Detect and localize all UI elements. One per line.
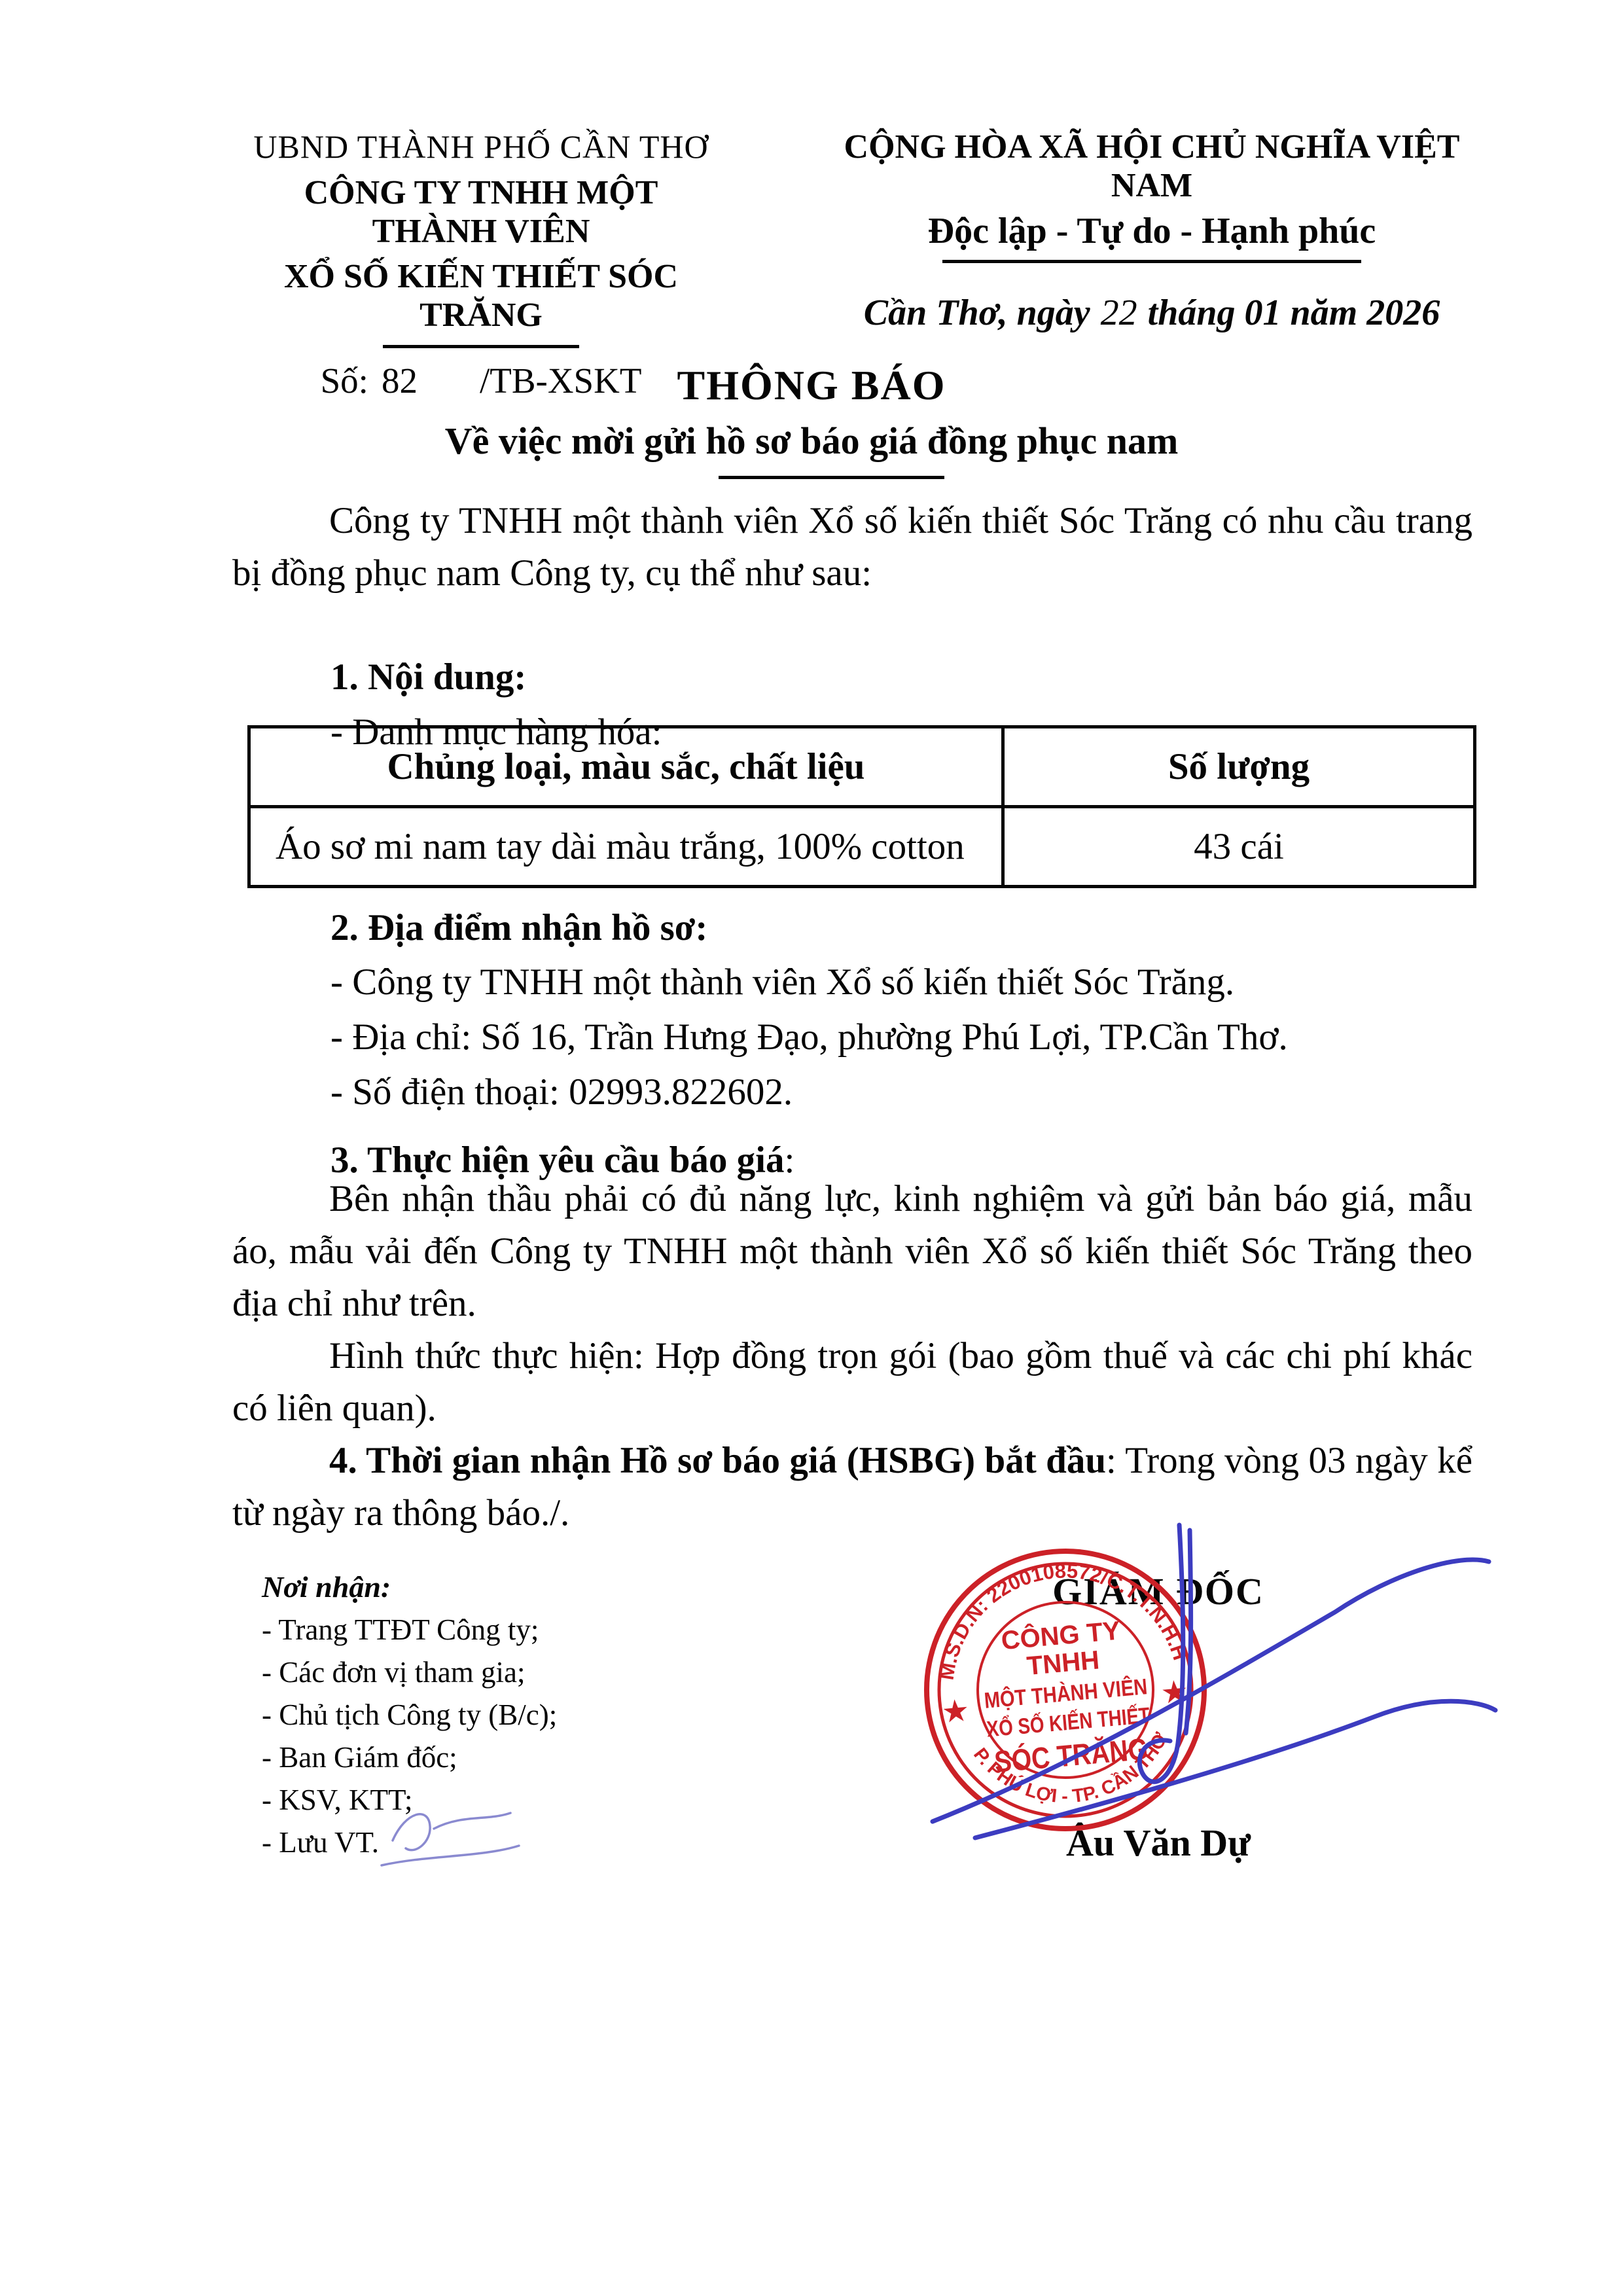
- signature-stroke: [933, 1560, 1489, 1821]
- parent-org: UBND THÀNH PHỐ CẦN THƠ: [242, 128, 720, 166]
- initial-stroke: [382, 1846, 519, 1865]
- table-cell-qty: 43 cái: [1003, 807, 1475, 887]
- national-title: CỘNG HÒA XÃ HỘI CHỦ NGHĨA VIỆT NAM: [802, 128, 1502, 205]
- date-prefix: Cần Thơ, ngày: [864, 293, 1090, 333]
- company-name-line1: CÔNG TY TNHH MỘT THÀNH VIÊN: [242, 173, 720, 251]
- table-header-qty: Số lượng: [1003, 727, 1475, 807]
- section2-item-address: - Địa chỉ: Số 16, Trần Hưng Đạo, phường …: [330, 1016, 1288, 1058]
- document-page: UBND THÀNH PHỐ CẦN THƠ CÔNG TY TNHH MỘT …: [0, 0, 1623, 2296]
- signature-stroke: [1139, 1525, 1183, 1782]
- issuing-org-block: UBND THÀNH PHỐ CẦN THƠ CÔNG TY TNHH MỘT …: [242, 128, 720, 401]
- section2-item-company: - Công ty TNHH một thành viên Xổ số kiến…: [330, 961, 1234, 1003]
- section3-paragraph1: Bên nhận thầu phải có đủ năng lực, kinh …: [232, 1173, 1472, 1330]
- initial-stroke: [393, 1814, 430, 1850]
- signature-stroke: [1186, 1530, 1191, 1733]
- recipients-label: Nơi nhận:: [262, 1570, 391, 1604]
- recipient-item: - Ban Giám đốc;: [262, 1736, 557, 1779]
- recipient-item: - Chủ tịch Công ty (B/c);: [262, 1694, 557, 1736]
- document-subject: Về việc mời gửi hồ sơ báo giá đồng phục …: [0, 419, 1623, 463]
- title-block: THÔNG BÁO Về việc mời gửi hồ sơ báo giá …: [0, 361, 1623, 479]
- recipient-item: - Các đơn vị tham gia;: [262, 1651, 557, 1694]
- company-name-line2: XỔ SỐ KIẾN THIẾT SÓC TRĂNG: [242, 257, 720, 334]
- section2-heading: 2. Địa điểm nhận hồ sơ:: [330, 906, 707, 949]
- director-signature: [877, 1484, 1505, 1844]
- document-title: THÔNG BÁO: [0, 361, 1623, 410]
- intro-paragraph: Công ty TNHH một thành viên Xổ số kiến t…: [232, 495, 1472, 600]
- table-cell-item: Áo sơ mi nam tay dài màu trắng, 100% cot…: [249, 807, 1003, 887]
- initial-stroke: [434, 1813, 510, 1829]
- place-date-line: Cần Thơ, ngày22tháng 01 năm 2026: [802, 292, 1502, 334]
- recipient-item: - Trang TTĐT Công ty;: [262, 1609, 557, 1651]
- org-underline: [383, 345, 579, 348]
- section1-heading: 1. Nội dung:: [330, 656, 526, 698]
- national-motto-block: CỘNG HÒA XÃ HỘI CHỦ NGHĨA VIỆT NAM Độc l…: [802, 128, 1502, 334]
- motto-underline: [942, 260, 1361, 263]
- section4-heading: 4. Thời gian nhận Hồ sơ báo giá (HSBG) b…: [329, 1440, 1106, 1481]
- table-header-type: Chủng loại, màu sắc, chất liệu: [249, 727, 1003, 807]
- table-header-row: Chủng loại, màu sắc, chất liệu Số lượng: [249, 727, 1475, 807]
- national-motto: Độc lập - Tự do - Hạnh phúc: [802, 210, 1502, 252]
- clerk-initial-signature: [376, 1795, 527, 1880]
- goods-table: Chủng loại, màu sắc, chất liệu Số lượng …: [247, 725, 1476, 888]
- section3-paragraph2: Hình thức thực hiện: Hợp đồng trọn gói (…: [232, 1330, 1472, 1435]
- table-row: Áo sơ mi nam tay dài màu trắng, 100% cot…: [249, 807, 1475, 887]
- date-suffix: tháng 01 năm 2026: [1148, 293, 1440, 333]
- section2-item-phone: - Số điện thoại: 02993.822602.: [330, 1071, 793, 1113]
- subject-underline: [719, 476, 944, 479]
- date-day-value: 22: [1101, 293, 1137, 333]
